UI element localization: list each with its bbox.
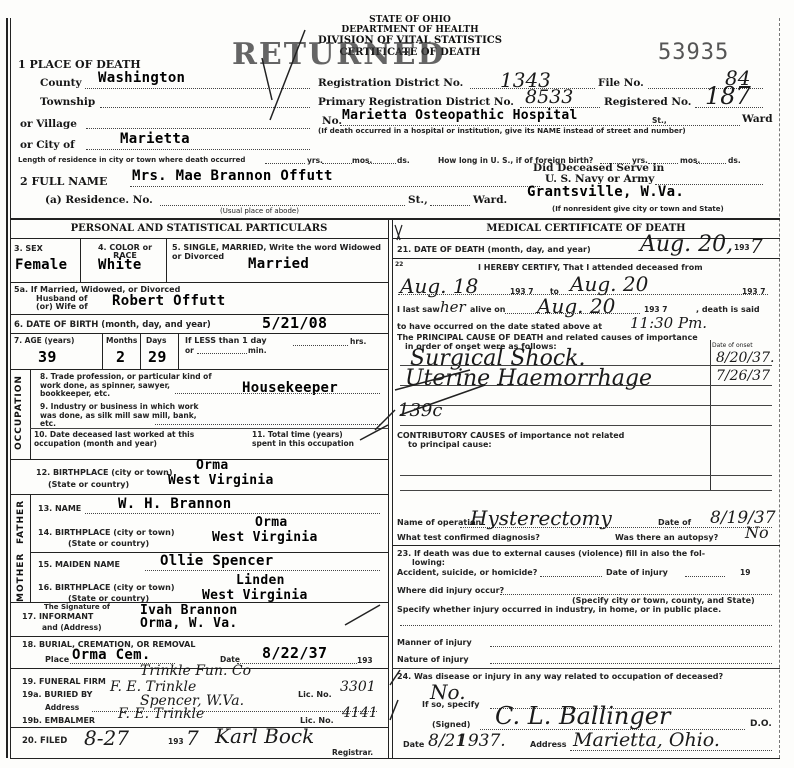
pen-marks — [0, 0, 794, 768]
death-certificate: STATE OF OHIO DEPARTMENT OF HEALTH DIVIS… — [0, 0, 794, 768]
